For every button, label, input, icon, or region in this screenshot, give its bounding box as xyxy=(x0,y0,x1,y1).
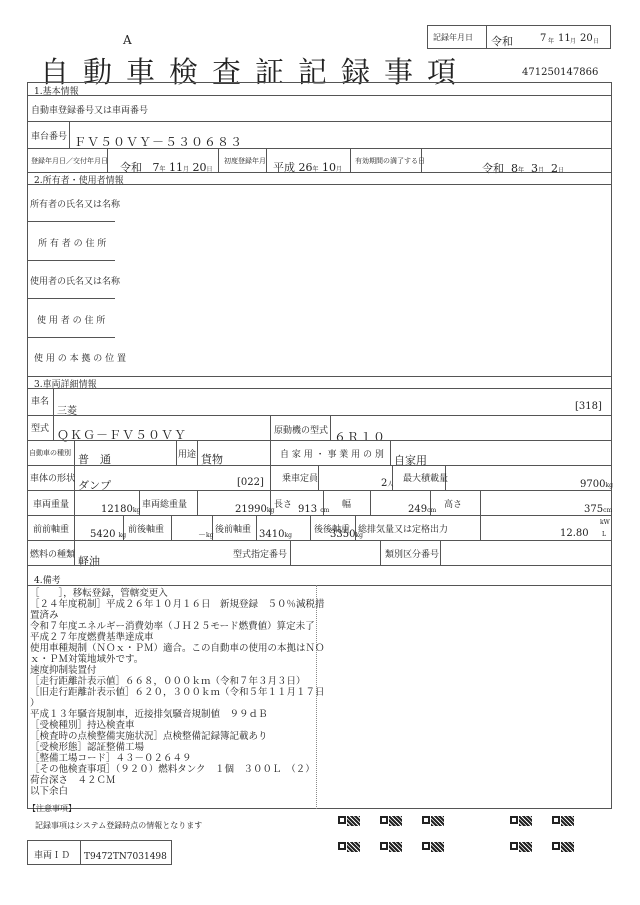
expiry-label: 有効期間の満了する日 xyxy=(355,156,425,166)
remarks-line: ［受検形態］認証整備工場 xyxy=(30,742,325,753)
engine-model-value: ６Ｒ１０ xyxy=(334,428,386,445)
first-registration-label: 初度登録年月 xyxy=(224,156,266,166)
owner-address-label: 所 有 者 の 住 所 xyxy=(38,236,106,249)
remarks-line: ［旧走行距離計表示値］６２０，３００ｋｍ（令和５年１１月１７日 xyxy=(30,687,325,698)
remarks-line: 速度抑制装置付 xyxy=(30,665,325,676)
expiry-date-value: 令和 8年 3月 2日 xyxy=(482,160,564,176)
qr-code-icon xyxy=(422,815,460,827)
displacement-value: 12.80 xyxy=(560,528,589,539)
capacity-value: 2人 xyxy=(381,478,393,489)
type-designation-label: 型式指定番号 xyxy=(233,547,287,560)
user-name-label: 使用者の氏名又は名称 xyxy=(30,274,120,287)
remarks-line: 平成２７年度燃費基準達成車 xyxy=(30,632,325,643)
vehicle-id-label: 車両ＩＤ xyxy=(34,848,70,861)
vehicle-id-box: 車両ＩＤ T9472TN7031498 xyxy=(27,840,172,865)
record-date-era: 令和 xyxy=(491,33,513,49)
displacement-label: 総排気量又は定格出力 xyxy=(358,522,448,535)
issue-date-label: 登録年月日／交付年月日 xyxy=(31,156,108,166)
qr-codes-left-row2 xyxy=(338,841,460,853)
use-label: 用途 xyxy=(178,447,196,460)
qr-code-icon xyxy=(338,841,376,853)
qr-codes-right-row1 xyxy=(510,815,590,827)
rf-axle-value: 3410kg xyxy=(259,529,292,540)
record-date-box: 記録年月日 令和 7 年 11 月 20 日 xyxy=(427,25,611,49)
fr-axle-value: －kg xyxy=(198,529,213,540)
displacement-unit-l: L xyxy=(602,531,606,538)
base-location-label: 使 用 の 本 拠 の 位 置 xyxy=(34,351,126,364)
remarks-line: ｘ・ＰＭ対策地域外です。 xyxy=(30,654,325,665)
qr-code-icon xyxy=(552,841,590,853)
document-number: 471250147866 xyxy=(522,67,598,78)
form-letter: A xyxy=(123,33,132,47)
remarks-line: ［２４年度税制］平成２６年１０月１６日 新規登録 ５０％減税措 xyxy=(30,599,325,610)
remarks-line: 使用車種規制（ＮＯｘ・ＰＭ）適合。この自動車の使用の本拠はＮＯ xyxy=(30,643,325,654)
qr-code-icon xyxy=(380,841,418,853)
fuel-value: 軽油 xyxy=(78,553,100,569)
vehicle-weight-value: 12180kg xyxy=(101,504,140,515)
vehicle-weight-label: 車両重量 xyxy=(33,497,69,510)
qr-codes-right-row2 xyxy=(510,841,590,853)
ff-axle-value: 5420 kg xyxy=(90,529,126,540)
fr-axle-label: 前後軸重 xyxy=(128,522,164,535)
chassis-number-label: 車台番号 xyxy=(31,129,67,142)
qr-code-icon xyxy=(510,815,548,827)
remarks-line: 平成１３年騒音規制車，近接排気騒音規制値 ９９ｄＢ xyxy=(30,709,325,720)
vehicle-class-label: 自動車の種別 xyxy=(29,448,71,458)
qr-codes-left-row1 xyxy=(338,815,460,827)
record-date-label: 記録年月日 xyxy=(433,32,473,43)
qr-code-icon xyxy=(338,815,376,827)
remarks-line: ［受検種別］持込検査車 xyxy=(30,720,325,731)
ff-axle-label: 前前軸重 xyxy=(33,522,69,535)
qr-code-icon xyxy=(380,815,418,827)
remarks-line: ［走行距離計表示値］６６８，０００ｋｍ（令和７年３月３日） xyxy=(30,676,325,687)
max-load-label: 最大積載量 xyxy=(403,471,448,484)
notes-text: 記録事項はシステム登録時点の情報となります xyxy=(35,820,202,831)
category-label: 類別区分番号 xyxy=(385,547,439,560)
height-value: 375cm xyxy=(584,504,612,515)
remarks-line: 荷台深さ ４２ＣＭ xyxy=(30,775,325,786)
vehicle-id-value: T9472TN7031498 xyxy=(84,852,167,862)
remarks-text: ［ ］，移転登録，管轄変更入［２４年度税制］平成２６年１０月１６日 新規登録 ５… xyxy=(30,588,325,797)
record-date-month: 11 xyxy=(558,33,571,44)
remarks-line: ［その他検査事項］（９２０）燃料タンク １個 ３００Ｌ （２） xyxy=(30,764,325,775)
car-name-code: [318] xyxy=(575,401,602,412)
qr-code-icon xyxy=(552,815,590,827)
remarks-line: 令和７年度エネルギー消費効率（ＪＨ２５モード燃費値）算定未了 xyxy=(30,621,325,632)
width-label: 幅 xyxy=(342,497,351,510)
displacement-unit-kw: kW xyxy=(600,519,610,526)
owner-name-label: 所有者の氏名又は名称 xyxy=(30,197,120,210)
capacity-label: 乗車定員 xyxy=(282,471,318,484)
notes-heading: 【注意事項】 xyxy=(28,803,76,814)
remarks-line: ） xyxy=(30,698,325,709)
qr-code-icon xyxy=(510,841,548,853)
remarks-line: ［検査時の点検整備実施状況］点検整備記録簿記載あり xyxy=(30,731,325,742)
remarks-line: 以下余白 xyxy=(30,786,325,797)
qr-code-icon xyxy=(422,841,460,853)
remarks-line: 置済み xyxy=(30,610,325,621)
length-value: 913 cm xyxy=(298,504,329,515)
registration-number-label: 自動車登録番号又は車両番号 xyxy=(31,103,148,116)
length-label: 長さ xyxy=(274,497,292,510)
model-label: 型式 xyxy=(31,421,49,434)
fuel-label: 燃料の種類 xyxy=(30,547,75,560)
record-date-year: 7 xyxy=(540,33,546,44)
width-value: 249cm xyxy=(408,504,436,515)
gross-weight-value: 21990kg xyxy=(235,504,274,515)
remarks-line: ［ ］，移転登録，管轄変更入 xyxy=(30,588,325,599)
engine-model-label: 原動機の型式 xyxy=(274,423,328,436)
user-address-label: 使 用 者 の 住 所 xyxy=(37,313,105,326)
record-date-day: 20 xyxy=(580,33,593,44)
car-name-label: 車名 xyxy=(31,394,49,407)
gross-weight-label: 車両総重量 xyxy=(142,497,187,510)
body-shape-label: 車体の形状 xyxy=(30,471,75,484)
height-label: 高さ xyxy=(444,497,462,510)
body-shape-code: [022] xyxy=(237,477,264,488)
max-load-value: 9700kg xyxy=(580,479,613,490)
remarks-line: ［整備工場コード］４３－０２６４９ xyxy=(30,753,325,764)
private-business-label: 自 家 用 ・ 事 業 用 の 別 xyxy=(280,447,384,460)
rf-axle-label: 後前軸重 xyxy=(215,522,251,535)
